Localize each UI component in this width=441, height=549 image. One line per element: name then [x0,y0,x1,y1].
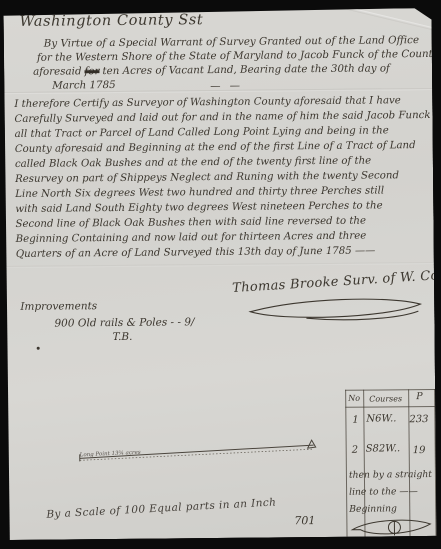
improvements-item: 900 Old rails & Poles - - 9/ [54,316,194,329]
table-note-line: line to the —— [349,486,418,498]
table-header-number: No [348,394,360,403]
certificate-line: Second line of Black Oak Bushes then wit… [15,216,366,230]
certificate-line: Carefully Surveyed and laid out for and … [14,110,430,125]
table-note-line: then by a straight [349,469,432,481]
improvements-initials: T.B. [113,331,133,343]
paper-crease-corner [321,1,438,32]
table-vertical-line [434,389,436,536]
page-number: 701 [294,514,315,527]
certificate-line: Quarters of an Acre of Land Surveyed thi… [16,246,376,260]
certificate-line: with said Land South Eighty two degrees … [15,200,382,215]
beginning-flourish [350,517,434,538]
courses-table: No Courses P 1 N6W.. 233 2 S82W.. 19 the… [345,389,436,537]
certificate-line: County aforesaid and Beginning at the en… [15,140,416,155]
table-row-cell: 1 [352,415,358,426]
document-heading: Washington County Sst [19,12,203,30]
filler-dashes: — — [210,80,243,92]
certificate-line: all that Tract or Parcel of Land Called … [15,125,389,140]
table-row-cell: 19 [413,445,426,456]
warrant-line: By Virtue of a Special Warrant of Survey… [44,34,419,50]
ink-dot [37,347,40,350]
scanned-document-frame: Washington County Sst By Virtue of a Spe… [0,0,441,549]
warrant-line-post: ten Acres of Vacant Land, Bearing date t… [102,62,389,77]
certificate-line: Line North Six degrees West two hundred … [15,185,384,200]
table-note-line: Beginning [349,503,397,514]
table-row-cell: N6W.. [366,413,396,424]
certificate-line: I therefore Certify as Surveyor of Washi… [14,95,401,110]
paper-crease [6,262,434,268]
table-vertical-line [408,389,410,536]
table-row-cell: 233 [409,414,428,425]
struck-out-word: for [84,65,99,77]
signature-flourish [246,295,426,323]
warrant-date-line: March 1785 [52,79,116,92]
improvements-label: Improvements [20,300,97,313]
table-header-perches: P [416,391,423,402]
table-horizontal-line [345,406,435,408]
certificate-line: Resurvey on part of Shippeys Neglect and… [15,170,399,185]
certificate-line: Beginning Containing and now laid out fo… [16,231,367,245]
table-header-courses: Courses [369,394,402,403]
warrant-line-pre: aforesaid [33,65,82,77]
certificate-line: called Black Oak Bushes and at the end o… [15,156,371,170]
document-paper: Washington County Sst By Virtue of a Spe… [3,8,436,540]
warrant-line: for the Western Shore of the State of Ma… [37,48,439,64]
table-row-cell: 2 [352,445,358,456]
table-vertical-line [345,390,347,537]
scale-note: By a Scale of 100 Equal parts in an Inch [46,496,276,520]
table-row-cell: S82W.. [366,443,401,454]
warrant-line: aforesaidforten Acres of Vacant Land, Be… [33,62,390,77]
surveyor-signature: Thomas Brooke Surv. of W. County [232,266,441,296]
